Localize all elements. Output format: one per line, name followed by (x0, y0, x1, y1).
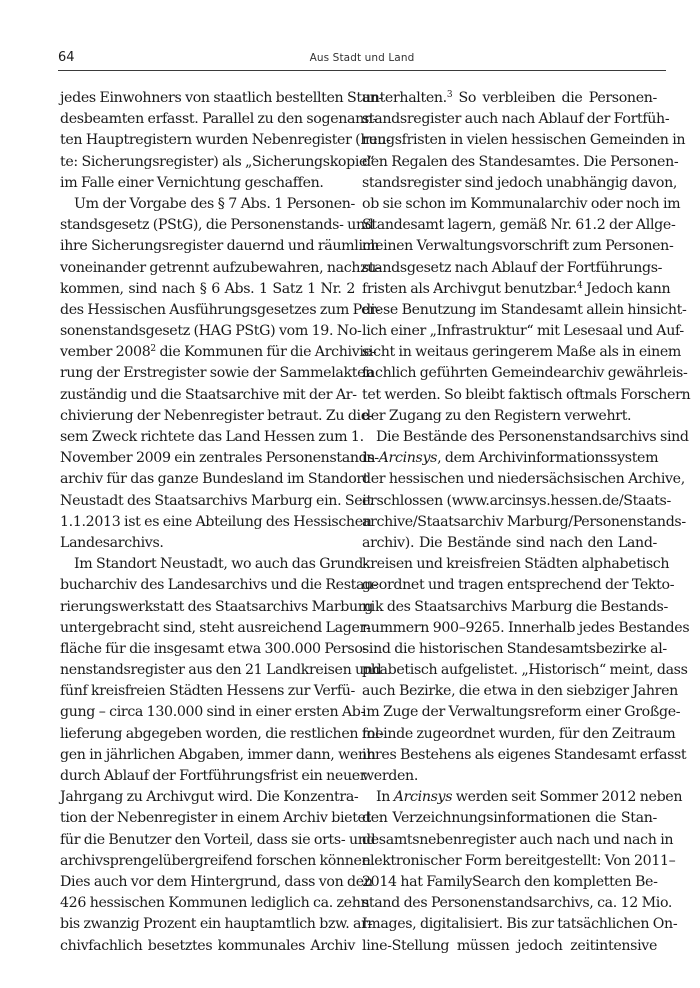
text-line: bis zwanzig Prozent ein hauptamtlich bzw… (60, 914, 355, 935)
left-text-column: jedes Einwohners von staatlich bestellte… (60, 88, 355, 957)
footnote-marker: 4 (577, 281, 582, 291)
text-line: Standesamt lagern, gemäß Nr. 61.2 der Al… (362, 215, 657, 236)
text-line: nummern 900–9265. Innerhalb jedes Bestan… (362, 618, 657, 639)
text-line: im Zuge der Verwaltungsreform einer Groß… (362, 702, 657, 723)
text-line: tet werden. So bleibt faktisch oftmals F… (362, 385, 657, 406)
text-line: nik des Staatsarchivs Marburg die Bestan… (362, 597, 657, 618)
text-line: standsgesetz (PStG), die Personenstands-… (60, 215, 355, 236)
text-line: im Falle einer Vernichtung geschaffen. (60, 173, 355, 194)
text-line: Dies auch vor dem Hintergrund, dass von … (60, 872, 355, 893)
text-line: fachlich geführten Gemeindearchiv gewähr… (362, 363, 657, 384)
text-line: rung der Erstregister sowie der Sammelak… (60, 363, 355, 384)
footnote-marker: 3 (447, 90, 452, 100)
text-line: Images, digitalisiert. Bis zur tatsächli… (362, 914, 657, 935)
text-line: erschlossen (www.arcinsys.hessen.de/Staa… (362, 491, 657, 512)
text-line: ihres Bestehens als eigenes Standesamt e… (362, 745, 657, 766)
text-line: sind die historischen Standesamtsbezirke… (362, 639, 657, 660)
text-line: elektronischer Form bereitgestellt: Von … (362, 851, 657, 872)
text-line: zuständig und die Staatsarchive mit der … (60, 385, 355, 406)
text-line: rierungswerkstatt des Staatsarchivs Marb… (60, 597, 355, 618)
text-line: für die Benutzer den Vorteil, dass sie o… (60, 830, 355, 851)
text-line: meinde zugeordnet wurden, für den Zeitra… (362, 724, 657, 745)
text-line: 426 hessischen Kommunen lediglich ca. ze… (60, 893, 355, 914)
text-line: des Hessischen Ausführungsgesetzes zum P… (60, 300, 355, 321)
text-line: standsregister sind jedoch unabhängig da… (362, 173, 657, 194)
text-line: ihre Sicherungsregister dauernd und räum… (60, 236, 355, 257)
text-line: der Zugang zu den Registern verwehrt. (362, 406, 657, 427)
text-line: kommen, sind nach § 6 Abs. 1 Satz 1 Nr. … (60, 279, 355, 300)
text-line: archiv). Die Bestände sind nach den Land… (362, 533, 657, 554)
text-line: archiv für das ganze Bundesland im Stand… (60, 469, 355, 490)
text-line: stand des Personenstandsarchivs, ca. 12 … (362, 893, 657, 914)
text-line: den Regalen des Standesamtes. Die Person… (362, 152, 657, 173)
text-line: Die Bestände des Personenstandsarchivs s… (362, 427, 657, 448)
text-line: durch Ablauf der Fortführungsfrist ein n… (60, 766, 355, 787)
text-line: sicht in weitaus geringerem Maße als in … (362, 342, 657, 363)
text-line: vember 20082 die Kommunen für die Archiv… (60, 342, 355, 363)
text-line: kreisen und kreisfreien Städten alphabet… (362, 554, 657, 575)
text-line: Jahrgang zu Archivgut wird. Die Konzentr… (60, 787, 355, 808)
text-line: untergebracht sind, steht ausreichend La… (60, 618, 355, 639)
text-line: der hessischen und niedersächsischen Arc… (362, 469, 657, 490)
text-line: line-Stellung müssen jedoch zeitintensiv… (362, 936, 657, 957)
text-line: sonenstandsgesetz (HAG PStG) vom 19. No- (60, 321, 355, 342)
running-header: 64 Aus Stadt und Land (58, 48, 666, 71)
running-title: Aus Stadt und Land (58, 52, 666, 64)
text-line: phabetisch aufgelistet. „Historisch“ mei… (362, 660, 657, 681)
text-line: tion der Nebenregister in einem Archiv b… (60, 808, 355, 829)
text-line: chivierung der Nebenregister betraut. Zu… (60, 406, 355, 427)
text-line: fristen als Archivgut benutzbar.4 Jedoch… (362, 279, 657, 300)
text-line: jedes Einwohners von staatlich bestellte… (60, 88, 355, 109)
right-text-column: unterhalten.3 So verbleiben die Personen… (362, 88, 657, 957)
text-line: desamtsnebenregister auch nach und nach … (362, 830, 657, 851)
text-line: fünf kreisfreien Städten Hessens zur Ver… (60, 681, 355, 702)
text-line: rungsfristen in vielen hessischen Gemein… (362, 130, 657, 151)
text-line: 1.1.2013 ist es eine Abteilung des Hessi… (60, 512, 355, 533)
italic-term: Arcinsys (394, 789, 452, 805)
text-line: den Verzeichnungsinformationen die Stan- (362, 808, 657, 829)
text-line: nenstandsregister aus den 21 Landkreisen… (60, 660, 355, 681)
text-line: Landesarchivs. (60, 533, 355, 554)
text-line: standsregister auch nach Ablauf der Fort… (362, 109, 657, 130)
text-line: Um der Vorgabe des § 7 Abs. 1 Personen- (60, 194, 355, 215)
text-line: Neustadt des Staatsarchivs Marburg ein. … (60, 491, 355, 512)
text-line: ob sie schon im Kommunalarchiv oder noch… (362, 194, 657, 215)
text-line: ten Hauptregistern wurden Nebenregister … (60, 130, 355, 151)
text-line: fläche für die insgesamt etwa 300.000 Pe… (60, 639, 355, 660)
text-line: In Arcinsys werden seit Sommer 2012 nebe… (362, 787, 657, 808)
text-line: desbeamten erfasst. Parallel zu den soge… (60, 109, 355, 130)
text-line: 2014 hat FamilySearch den kompletten Be- (362, 872, 657, 893)
italic-term: Arcinsys (379, 450, 437, 466)
footnote-marker: 2 (150, 344, 155, 354)
text-line: sem Zweck richtete das Land Hessen zum 1… (60, 427, 355, 448)
text-line: archive/Staatsarchiv Marburg/Personensta… (362, 512, 657, 533)
text-line: te: Sicherungsregister) als „Sicherungsk… (60, 152, 355, 173)
text-line: werden. (362, 766, 657, 787)
text-line: standsgesetz nach Ablauf der Fortführung… (362, 258, 657, 279)
text-line: geordnet und tragen entsprechend der Tek… (362, 575, 657, 596)
text-line: voneinander getrennt aufzubewahren, nach… (60, 258, 355, 279)
text-line: lich einer „Infrastruktur“ mit Lesesaal … (362, 321, 657, 342)
text-line: gung – circa 130.000 sind in einer erste… (60, 702, 355, 723)
text-line: gen in jährlichen Abgaben, immer dann, w… (60, 745, 355, 766)
text-line: Im Standort Neustadt, wo auch das Grund- (60, 554, 355, 575)
text-line: bucharchiv des Landesarchivs und die Res… (60, 575, 355, 596)
text-line: archivsprengelübergreifend forschen könn… (60, 851, 355, 872)
text-line: November 2009 ein zentrales Personenstan… (60, 448, 355, 469)
text-line: auch Bezirke, die etwa in den siebziger … (362, 681, 657, 702)
text-line: unterhalten.3 So verbleiben die Personen… (362, 88, 657, 109)
text-line: diese Benutzung im Standesamt allein hin… (362, 300, 657, 321)
text-line: in Arcinsys, dem Archivinformationssyste… (362, 448, 657, 469)
text-line: chivfachlich besetztes kommunales Archiv (60, 936, 355, 957)
text-line: lieferung abgegeben worden, die restlich… (60, 724, 355, 745)
text-line: meinen Verwaltungsvorschrift zum Persone… (362, 236, 657, 257)
